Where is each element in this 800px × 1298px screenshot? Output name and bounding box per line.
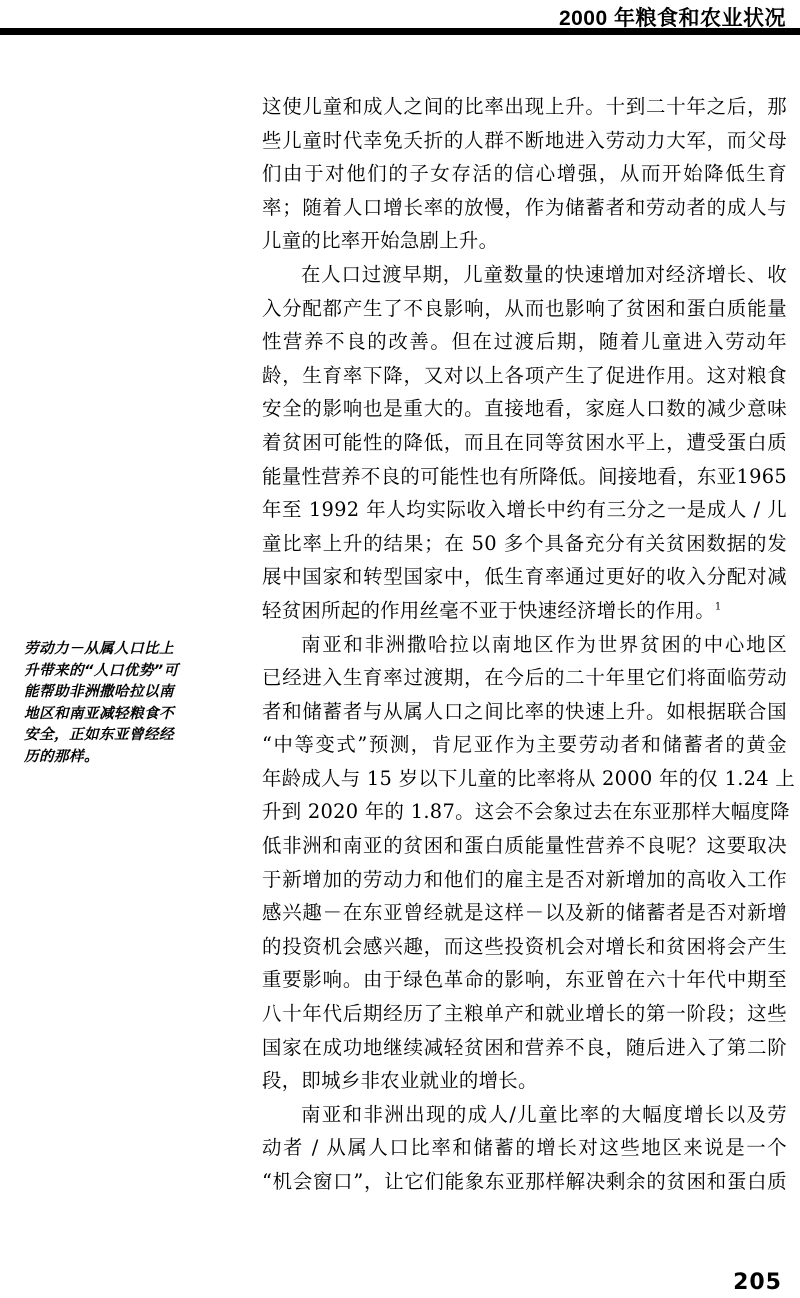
text-line: 展中国家和转型国家中，低生育率通过更好的收入分配对减: [262, 560, 787, 594]
text-line: 已经进入生育率过渡期，在今后的二十年里它们将面临劳动: [262, 661, 787, 695]
text-line: 年至 1992 年人均实际收入增长中约有三分之一是成人 / 儿: [262, 493, 787, 527]
text-line: 些儿童时代幸免夭折的人群不断地进入劳动力大军，而父母: [262, 124, 787, 158]
text-line: 们由于对他们的子女存活的信心增强，从而开始降低生育: [262, 157, 787, 191]
text-line: 感兴趣－在东亚曾经就是这样－以及新的储蓄者是否对新增: [262, 896, 787, 930]
margin-note-line: 升带来的“人口优势”可: [24, 660, 224, 682]
text-line: 童比率上升的结果；在 50 多个具备充分有关贫困数据的发: [262, 527, 787, 561]
header-rule-divider: [0, 28, 800, 35]
text-line: 重要影响。由于绿色革命的影响，东亚曾在六十年代中期至: [262, 963, 787, 997]
margin-note-line: 地区和南亚减轻粮食不: [24, 703, 224, 725]
text-line: 升到 2020 年的 1.87。这会不会象过去在东亚那样大幅度降: [262, 795, 787, 829]
text-line: 龄，生育率下降，又对以上各项产生了促进作用。这对粮食: [262, 359, 787, 393]
text-line: 儿童的比率开始急剧上升。: [262, 224, 787, 258]
text-line: 动者 / 从属人口比率和储蓄的增长对这些地区来说是一个: [262, 1131, 787, 1165]
text-line: 南亚和非洲撒哈拉以南地区作为世界贫困的中心地区: [262, 628, 787, 662]
paragraph-2: 在人口过渡早期，儿童数量的快速增加对经济增长、收 入分配都产生了不良影响，从而也…: [262, 258, 787, 628]
text-line: 入分配都产生了不良影响，从而也影响了贫困和蛋白质能量: [262, 292, 787, 326]
margin-note-line: 能帮助非洲撒哈拉以南: [24, 681, 224, 703]
text-line: 安全的影响也是重大的。直接地看，家庭人口数的减少意味: [262, 392, 787, 426]
margin-note-line: 劳动力－从属人口比上: [24, 638, 224, 660]
text-line: 率；随着人口增长率的放慢，作为储蓄者和劳动者的成人与: [262, 191, 787, 225]
footnote-marker[interactable]: 1: [715, 601, 722, 612]
text-line: 低非洲和南亚的贫困和蛋白质能量性营养不良呢？这要取决: [262, 829, 787, 863]
text-line: 这使儿童和成人之间的比率出现上升。十到二十年之后，那: [262, 90, 787, 124]
text-line: 在人口过渡早期，儿童数量的快速增加对经济增长、收: [262, 258, 787, 292]
text-line: 段，即城乡非农业就业的增长。: [262, 1064, 787, 1098]
margin-note-line: 安全，正如东亚曾经经: [24, 724, 224, 746]
text-line: 轻贫困所起的作用丝毫不亚于快速经济增长的作用。: [262, 599, 715, 622]
text-line: 年龄成人与 15 岁以下儿童的比率将从 2000 年的仅 1.24 上: [262, 762, 787, 796]
text-line: “机会窗口”，让它们能象东亚那样解决剩余的贫困和蛋白质: [262, 1165, 787, 1199]
text-line: “中等变式”预测，肯尼亚作为主要劳动者和储蓄者的黄金: [262, 728, 787, 762]
text-line: 南亚和非洲出现的成人/儿童比率的大幅度增长以及劳: [262, 1098, 787, 1132]
paragraph-4: 南亚和非洲出现的成人/儿童比率的大幅度增长以及劳 动者 / 从属人口比率和储蓄的…: [262, 1098, 787, 1199]
text-line-with-footnote: 轻贫困所起的作用丝毫不亚于快速经济增长的作用。1: [262, 594, 787, 628]
text-line: 的投资机会感兴趣，而这些投资机会对增长和贫困将会产生: [262, 930, 787, 964]
text-line: 能量性营养不良的可能性也有所降低。间接地看，东亚1965: [262, 460, 787, 494]
margin-note: 劳动力－从属人口比上 升带来的“人口优势”可 能帮助非洲撒哈拉以南 地区和南亚减…: [24, 638, 224, 768]
paragraph-3: 南亚和非洲撒哈拉以南地区作为世界贫困的中心地区 已经进入生育率过渡期，在今后的二…: [262, 628, 787, 1098]
text-line: 八十年代后期经历了主粮单产和就业增长的第一阶段；这些: [262, 997, 787, 1031]
paragraph-1: 这使儿童和成人之间的比率出现上升。十到二十年之后，那 些儿童时代幸免夭折的人群不…: [262, 90, 787, 258]
margin-note-line: 历的那样。: [24, 746, 224, 768]
body-text-column: 这使儿童和成人之间的比率出现上升。十到二十年之后，那 些儿童时代幸免夭折的人群不…: [262, 90, 787, 1199]
text-line: 者和储蓄者与从属人口之间比率的快速上升。如根据联合国: [262, 695, 787, 729]
text-line: 国家在成功地继续减轻贫困和营养不良，随后进入了第二阶: [262, 1031, 787, 1065]
text-line: 于新增加的劳动力和他们的雇主是否对新增加的高收入工作: [262, 863, 787, 897]
text-line: 着贫困可能性的降低，而且在同等贫困水平上，遭受蛋白质: [262, 426, 787, 460]
text-line: 性营养不良的改善。但在过渡后期，随着儿童进入劳动年: [262, 325, 787, 359]
page-number: 205: [733, 1270, 782, 1295]
